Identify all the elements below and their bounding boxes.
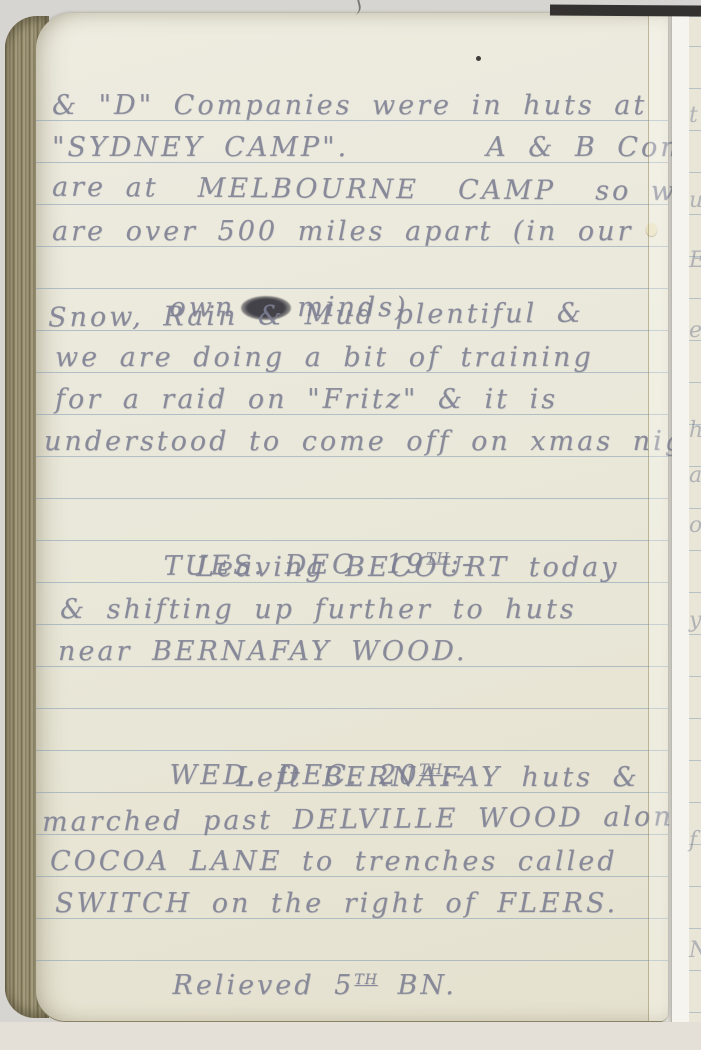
handwriting-fragment: t [689,103,698,128]
handwriting-line: Snow, Rain & Mud plentiful & [48,297,584,336]
handwriting-line: SWITCH on the right of FLERS. [55,887,618,921]
ink-dot [476,56,481,61]
handwriting-text: Relieved 5 [173,970,355,1001]
handwriting-fragment: h [689,418,701,443]
handwriting-line: "SYDNEY CAMP". A & B Companies [52,131,701,165]
handwriting-line: are at MELBOURNE CAMP so we [52,171,696,209]
page-separator-strip [672,12,689,1050]
handwriting-text: BN. [378,970,457,1001]
top-shadow-band [550,4,701,16]
handwriting-line: Leaving BECOURT today [196,551,619,585]
handwriting-fragment: N [689,938,701,963]
handwriting-fragment: e [689,318,701,343]
page-fore-edge [649,13,668,1021]
handwriting-fragment: o [689,513,701,538]
handwriting-line: COCOA LANE to trenches called [50,845,618,879]
handwriting-line: & shifting up further to huts [60,593,577,627]
adjacent-page-strip: t u E e h a o y f N [689,12,701,1050]
handwriting-line: for a raid on "Fritz" & it is [55,383,558,417]
handwriting-fragment: a [689,463,701,488]
ordinal-text: TH [354,972,378,988]
handwriting-fragment: y [689,608,701,633]
handwriting-line: we are doing a bit of training [55,341,594,375]
handwriting-fragment: E [689,248,701,273]
scan-background-bottom [0,1022,701,1050]
scanned-notebook-screen: & "D" Companies were in huts at "SYDNEY … [0,0,701,1050]
handwriting-fragment: f [689,828,697,853]
handwriting-fragment: u [689,188,701,213]
handwriting-line: marched past DELVILLE WOOD along [42,800,694,840]
handwriting-line: & "D" Companies were in huts at [52,89,647,123]
notebook-page: & "D" Companies were in huts at "SYDNEY … [36,13,668,1021]
handwriting-line: are over 500 miles apart (in our [52,215,633,249]
handwriting-line: near BERNAFAY WOOD. [58,635,467,669]
handwriting-line: Left BERNAFAY huts & [236,761,640,795]
handwriting-line: understood to come off on xmas night [44,425,701,459]
handwriting-line: Relieved 5TH BN. [55,929,457,1037]
